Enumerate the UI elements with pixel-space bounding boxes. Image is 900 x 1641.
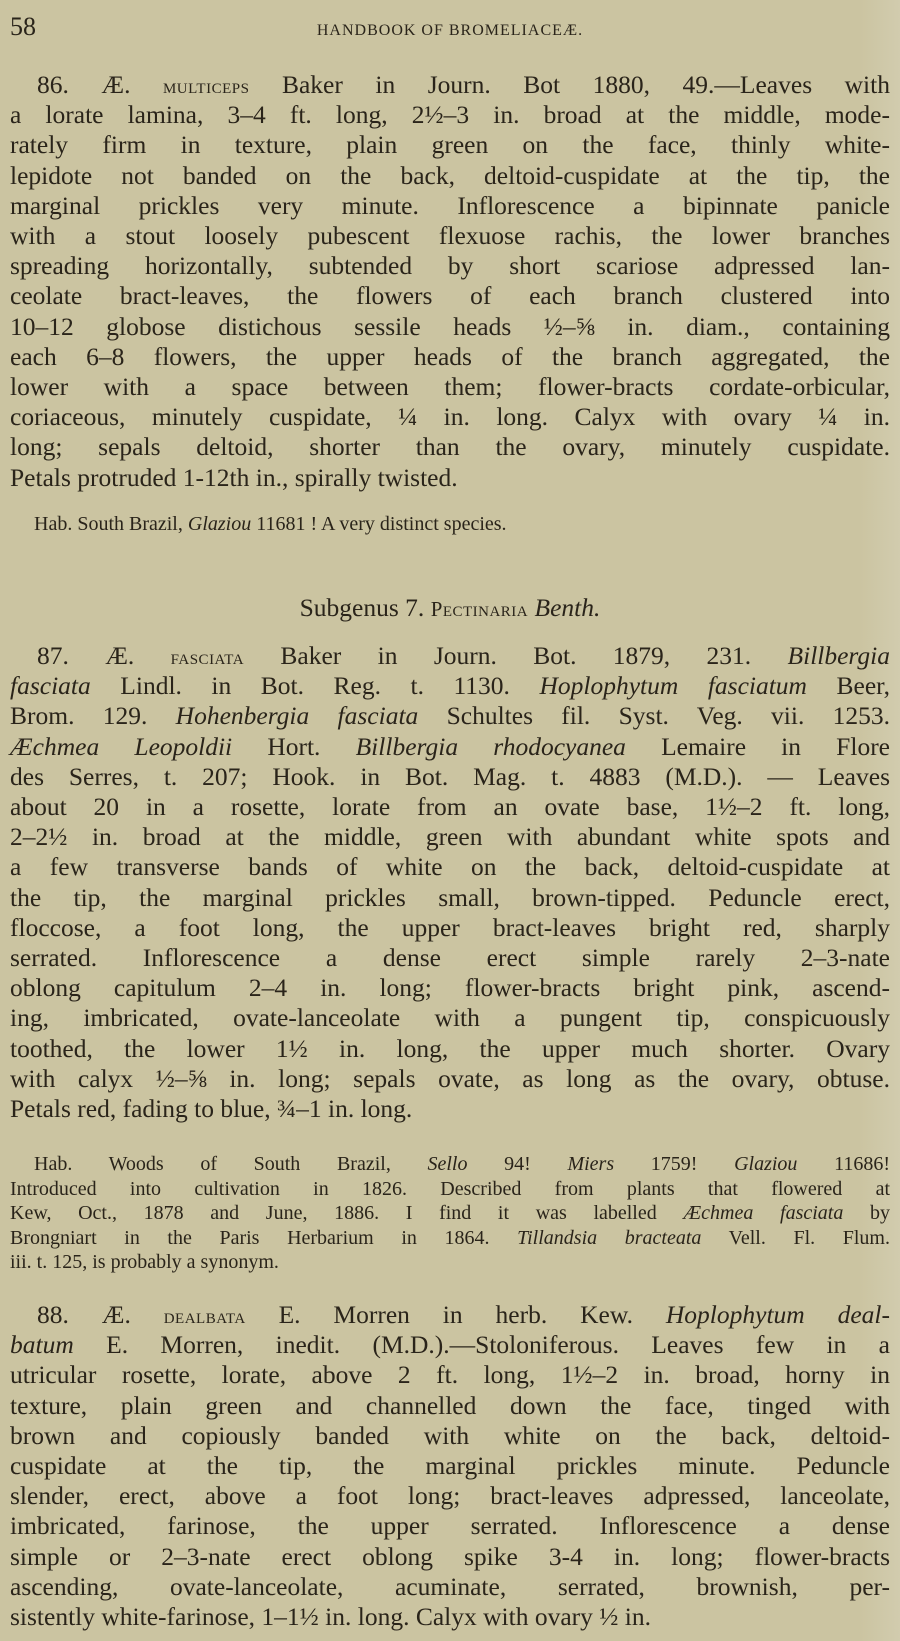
page-header: 58 HANDBOOK OF BROMELIACEÆ. <box>10 12 890 48</box>
text-run: a few transverse bands of white on the b… <box>10 852 890 881</box>
text-run: serrated. Inflorescence a dense erect si… <box>10 943 890 972</box>
text-line: toothed, the lower 1½ in. long, the uppe… <box>10 1034 890 1064</box>
text-line: with a stout loosely pubescent flexuose … <box>10 221 890 251</box>
text-run: coriaceous, minutely cuspidate, ¼ in. lo… <box>10 402 890 431</box>
italic-name: Tillandsia bracteata <box>517 1227 701 1249</box>
text-run: long; sepals deltoid, shorter than the o… <box>10 432 890 461</box>
subgenus-author: Benth. <box>528 593 600 622</box>
text-run: spreading horizontally, subtended by sho… <box>10 251 890 280</box>
text-run: slender, erect, above a foot long; bract… <box>10 1481 890 1510</box>
text-run: Lemaire in Flore <box>626 732 890 761</box>
text-line: 87. Æ. fasciata Baker in Journ. Bot. 187… <box>37 641 890 672</box>
text-run: utricular rosette, lorate, above 2 ft. l… <box>10 1360 890 1389</box>
text-line: coriaceous, minutely cuspidate, ¼ in. lo… <box>10 402 890 432</box>
habitat-line: Hab. Woods of South Brazil, Sello 94! Mi… <box>34 1152 890 1177</box>
habitat-line: Brongniart in the Paris Herbarium in 186… <box>10 1226 890 1251</box>
text-run: marginal prickles very minute. Infloresc… <box>10 191 890 220</box>
text-line: ing, imbricated, ovate-lanceolate with a… <box>10 1003 890 1033</box>
text-run: des Serres, t. 207; Hook. in Bot. Mag. t… <box>10 762 890 791</box>
subgenus-prefix: Subgenus 7. <box>300 593 431 622</box>
text-run: Introduced into cultivation in 1826. Des… <box>10 1178 890 1200</box>
text-line: fasciata Lindl. in Bot. Reg. t. 1130. Ho… <box>10 671 890 701</box>
text-run: Hab. South Brazil, <box>34 513 188 535</box>
text-line: Petals red, fading to blue, ¾–1 in. long… <box>10 1094 890 1124</box>
text-run: brown and copiously banded with white on… <box>10 1421 890 1450</box>
text-run: floccose, a foot long, the upper bract-l… <box>10 913 890 942</box>
text-run: ascending, ovate-lanceolate, acuminate, … <box>10 1572 890 1601</box>
text-line: Petals protruded 1-12th in., spirally tw… <box>10 463 890 493</box>
text-run: Kew, Oct., 1878 and June, 1886. I find i… <box>10 1202 683 1224</box>
text-line: 2–2½ in. broad at the middle, green with… <box>10 822 890 852</box>
text-line: 10–12 globose distichous sessile heads ½… <box>10 312 890 342</box>
text-run: 11681 ! A very distinct species. <box>251 513 506 535</box>
text-line: imbricated, farinose, the upper serrated… <box>10 1511 890 1541</box>
text-line: slender, erect, above a foot long; bract… <box>10 1481 890 1511</box>
italic-name: Glaziou <box>734 1153 797 1175</box>
text-run: by <box>843 1202 890 1224</box>
text-run: Petals red, fading to blue, ¾–1 in. long… <box>10 1094 412 1123</box>
text-run: Hab. Woods of South Brazil, <box>34 1153 427 1175</box>
text-run: E. Morren in herb. Kew. <box>246 1300 666 1329</box>
text-run: E. Morren, inedit. (M.D.).—Stoloniferous… <box>74 1330 890 1359</box>
italic-name: Hoplophytum fasciatum <box>539 671 807 700</box>
text-run: with a stout loosely pubescent flexuose … <box>10 221 890 250</box>
text-line: 88. Æ. dealbata E. Morren in herb. Kew. … <box>37 1300 890 1331</box>
text-line: ceolate bract-leaves, the flowers of eac… <box>10 281 890 311</box>
italic-name: Glaziou <box>188 513 251 535</box>
text-line: texture, plain green and channelled down… <box>10 1391 890 1421</box>
text-line: each 6–8 flowers, the upper heads of the… <box>10 342 890 372</box>
text-line: batum E. Morren, inedit. (M.D.).—Stoloni… <box>10 1330 890 1360</box>
italic-name: Hoplophytum deal- <box>666 1300 890 1329</box>
text-run: imbricated, farinose, the upper serrated… <box>10 1511 890 1540</box>
habitat-line: Hab. South Brazil, Glaziou 11681 ! A ver… <box>34 512 890 537</box>
italic-name: Sello <box>427 1153 467 1175</box>
text-line: des Serres, t. 207; Hook. in Bot. Mag. t… <box>10 762 890 792</box>
species-epithet: fasciata <box>171 645 244 669</box>
text-run: 1759! <box>614 1153 734 1175</box>
text-line: Æchmea Leopoldii Hort. Billbergia rhodoc… <box>10 732 890 762</box>
text-run: Lindl. in Bot. Reg. t. 1130. <box>91 671 540 700</box>
text-run: about 20 in a rosette, lorate from an ov… <box>10 792 890 821</box>
text-line: brown and copiously banded with white on… <box>10 1421 890 1451</box>
text-line: with calyx ½–⅝ in. long; sepals ovate, a… <box>10 1064 890 1094</box>
book-page: 58 HANDBOOK OF BROMELIACEÆ. 86. Æ. multi… <box>0 0 900 1641</box>
species-epithet: multiceps <box>163 74 249 98</box>
text-run: simple or 2–3-nate erect oblong spike 3-… <box>10 1542 890 1571</box>
italic-name: fasciata <box>10 671 91 700</box>
italic-name: Billbergia rhodocyanea <box>356 732 626 761</box>
italic-name: Æchmea Leopoldii <box>10 732 232 761</box>
text-run: rately firm in texture, plain green on t… <box>10 130 890 159</box>
italic-name: batum <box>10 1330 74 1359</box>
text-run: ing, imbricated, ovate-lanceolate with a… <box>10 1003 890 1032</box>
text-run: Baker in Journ. Bot. 1879, 231. <box>244 641 788 670</box>
text-line: serrated. Inflorescence a dense erect si… <box>10 943 890 973</box>
text-run: Brongniart in the Paris Herbarium in 186… <box>10 1227 517 1249</box>
text-line: ascending, ovate-lanceolate, acuminate, … <box>10 1572 890 1602</box>
text-line: oblong capitulum 2–4 in. long; flower-br… <box>10 973 890 1003</box>
text-run: Hort. <box>232 732 355 761</box>
text-run: oblong capitulum 2–4 in. long; flower-br… <box>10 973 890 1002</box>
text-line: about 20 in a rosette, lorate from an ov… <box>10 792 890 822</box>
habitat-line: iii. t. 125, is probably a synonym. <box>10 1250 890 1275</box>
italic-name: Billbergia <box>788 641 890 670</box>
text-run: 86. Æ. <box>37 70 163 99</box>
italic-name: Hohenbergia fasciata <box>176 701 419 730</box>
text-run: toothed, the lower 1½ in. long, the uppe… <box>10 1034 890 1063</box>
text-run: Baker in Journ. Bot 1880, 49.—Leaves wit… <box>249 70 890 99</box>
text-run: iii. t. 125, is probably a synonym. <box>10 1251 279 1273</box>
text-run: 94! <box>467 1153 567 1175</box>
italic-name: Æchmea fasciata <box>683 1202 843 1224</box>
species-epithet: dealbata <box>164 1304 246 1328</box>
text-run: each 6–8 flowers, the upper heads of the… <box>10 342 890 371</box>
subgenus-name: Pectinaria <box>431 597 528 621</box>
running-head: HANDBOOK OF BROMELIACEÆ. <box>10 22 890 40</box>
text-run: the tip, the marginal prickles small, br… <box>10 883 890 912</box>
text-run: Brom. 129. <box>10 701 176 730</box>
text-line: 86. Æ. multiceps Baker in Journ. Bot 188… <box>37 70 890 101</box>
italic-name: Miers <box>567 1153 614 1175</box>
text-line: spreading horizontally, subtended by sho… <box>10 251 890 281</box>
text-run: Schultes fil. Syst. Veg. vii. 1253. <box>418 701 890 730</box>
text-run: 2–2½ in. broad at the middle, green with… <box>10 822 890 851</box>
text-run: ceolate bract-leaves, the flowers of eac… <box>10 281 890 310</box>
text-line: long; sepals deltoid, shorter than the o… <box>10 432 890 462</box>
text-run: lepidote not banded on the back, deltoid… <box>10 161 890 190</box>
text-run: texture, plain green and channelled down… <box>10 1391 890 1420</box>
text-line: marginal prickles very minute. Infloresc… <box>10 191 890 221</box>
habitat-line: Introduced into cultivation in 1826. Des… <box>10 1177 890 1202</box>
text-run: 87. Æ. <box>37 641 171 670</box>
text-run: Vell. Fl. Flum. <box>701 1227 890 1249</box>
text-run: Beer, <box>807 671 890 700</box>
text-run: cuspidate at the tip, the marginal prick… <box>10 1451 890 1480</box>
habitat-line: Kew, Oct., 1878 and June, 1886. I find i… <box>10 1201 890 1226</box>
text-run: 10–12 globose distichous sessile heads ½… <box>10 312 890 341</box>
text-line: a lorate lamina, 3–4 ft. long, 2½–3 in. … <box>10 100 890 130</box>
text-line: floccose, a foot long, the upper bract-l… <box>10 913 890 943</box>
text-line: cuspidate at the tip, the marginal prick… <box>10 1451 890 1481</box>
text-line: the tip, the marginal prickles small, br… <box>10 883 890 913</box>
text-line: a few transverse bands of white on the b… <box>10 852 890 882</box>
text-line: lepidote not banded on the back, deltoid… <box>10 161 890 191</box>
text-line: lower with a space between them; flower-… <box>10 372 890 402</box>
text-run: a lorate lamina, 3–4 ft. long, 2½–3 in. … <box>10 100 890 129</box>
text-run: lower with a space between them; flower-… <box>10 372 890 401</box>
text-run: with calyx ½–⅝ in. long; sepals ovate, a… <box>10 1064 890 1093</box>
text-run: sistently white-farinose, 1–1½ in. long.… <box>10 1602 651 1631</box>
subgenus-heading: Subgenus 7. Pectinaria Benth. <box>10 593 890 624</box>
text-line: rately firm in texture, plain green on t… <box>10 130 890 160</box>
text-line: simple or 2–3-nate erect oblong spike 3-… <box>10 1542 890 1572</box>
text-run: 11686! <box>797 1153 890 1175</box>
text-run: 88. Æ. <box>37 1300 164 1329</box>
text-line: Brom. 129. Hohenbergia fasciata Schultes… <box>10 701 890 731</box>
text-run: Petals protruded 1-12th in., spirally tw… <box>10 463 458 492</box>
text-line: sistently white-farinose, 1–1½ in. long.… <box>10 1602 890 1632</box>
text-line: utricular rosette, lorate, above 2 ft. l… <box>10 1360 890 1390</box>
